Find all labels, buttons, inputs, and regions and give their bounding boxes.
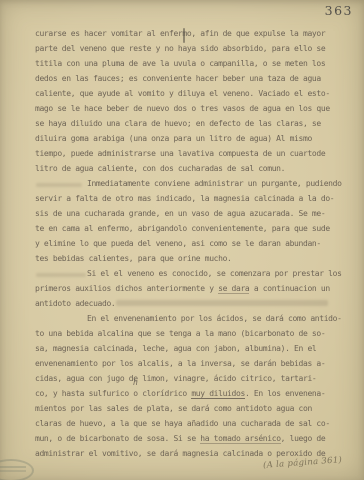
text-line: mun, o de bicarbonato de sosa. Si se ha …: [35, 431, 340, 446]
scanned-document-page: 363 curarse es hacer vomitar al enfermo,…: [0, 0, 364, 480]
text-line: antidoto adecuado.: [35, 296, 340, 311]
text-line: caliente, que ayude al vomito y diluya e…: [35, 86, 340, 101]
text-line: Inmediatamente conviene administrar un p…: [35, 176, 340, 191]
pencil-inserted-letter: h: [133, 378, 138, 387]
text-line: parte del veneno que reste y no haya sid…: [35, 41, 340, 56]
page-number: 363: [325, 3, 353, 18]
text-line: mientos por las sales de plata, se dará …: [35, 401, 340, 416]
text-line: En el envenenamiento por los ácidos, se …: [35, 311, 340, 326]
text-line: servir a falta de otro mas indicado, la …: [35, 191, 340, 206]
text-line: se haya diluido una clara de huevo; en d…: [35, 116, 340, 131]
document-text: curarse es hacer vomitar al enfermo, afi…: [35, 26, 340, 461]
text-line: litro de agua caliente, con dos cucharad…: [35, 161, 340, 176]
text-line: co, y hasta sulfurico o clorídrico muy d…: [35, 386, 340, 401]
text-line: titila con una pluma de ave la uvula o c…: [35, 56, 340, 71]
text-line: curarse es hacer vomitar al enfermo, afi…: [35, 26, 340, 41]
text-line: claras de huevo, a la que se haya añadid…: [35, 416, 340, 431]
text-line: to una bebida alcalina que se tenga a la…: [35, 326, 340, 341]
text-line: y elimine lo que pueda del veneno, asi c…: [35, 236, 340, 251]
text-line: tiempo, puede administrarse una lavativa…: [35, 146, 340, 161]
text-line: dedos en las fauces; es conveniente hace…: [35, 71, 340, 86]
text-line: te en cama al enfermo, abrigandolo conve…: [35, 221, 340, 236]
text-line: Si el el veneno es conocido, se comenzar…: [35, 266, 340, 281]
text-line: tes bebidas calientes, para que orine mu…: [35, 251, 340, 266]
text-line: primeros auxilios dichos anteriormente y…: [35, 281, 340, 296]
text-line: diluira goma arabiga (una onza para un l…: [35, 131, 340, 146]
pencil-insertion-mark: [183, 28, 185, 43]
text-line: mago se le hace beber de nuevo dos o tre…: [35, 101, 340, 116]
text-line: sa, magnesia calcinada, leche, agua con …: [35, 341, 340, 356]
text-line: sis de una cucharada grande, en un vaso …: [35, 206, 340, 221]
text-line: cidas, agua con jugo de limon, vinagre, …: [35, 371, 340, 386]
faded-stamp: [0, 459, 34, 480]
text-line: envenenamiento por los alcalis, a la inv…: [35, 356, 340, 371]
